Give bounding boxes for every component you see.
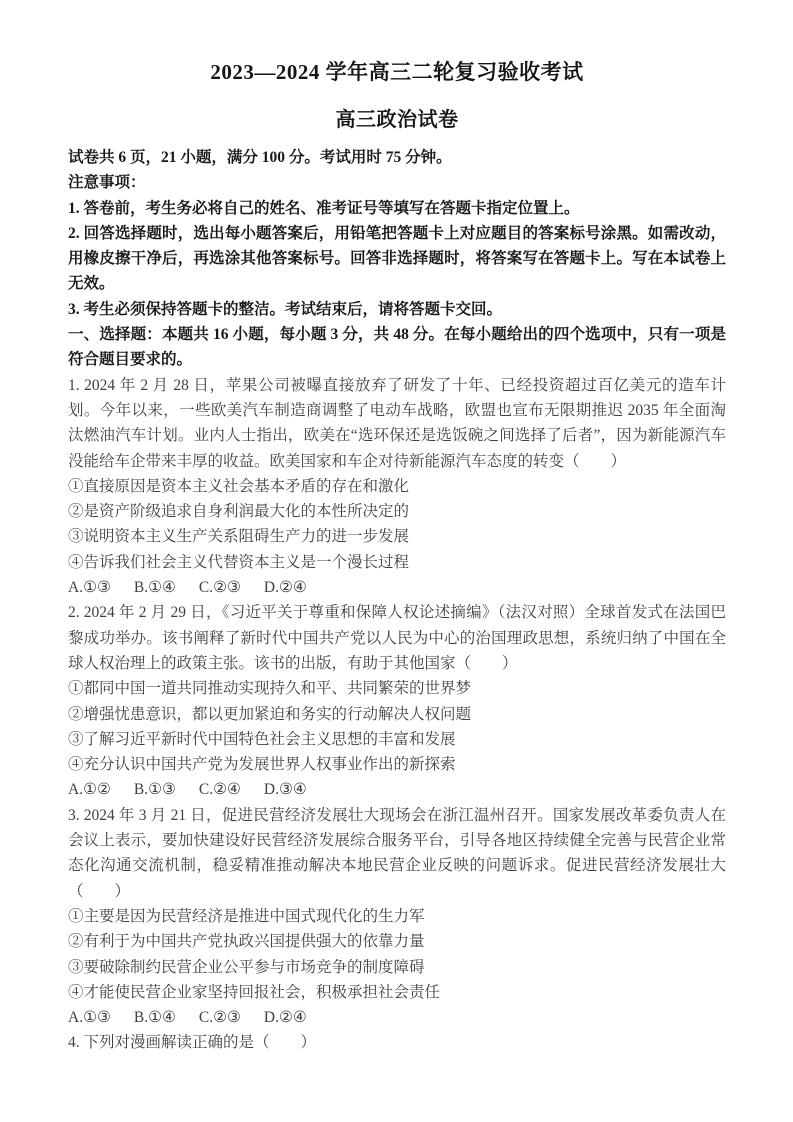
answer-choice-b: B.①③ xyxy=(134,777,176,802)
question-block-1: 1. 2024 年 2 月 28 日，苹果公司被曝直接放弃了研发了十年、已经投资… xyxy=(68,373,726,601)
answer-choice-a: A.①② xyxy=(68,777,111,802)
question-stem: 4. 下列对漫画解读正确的是（ ） xyxy=(68,1030,726,1055)
exam-title: 2023—2024 学年高三二轮复习验收考试 xyxy=(68,56,726,86)
notice-item-1: 1. 答卷前，考生务必将自己的姓名、准考证号等填写在答题卡指定位置上。 xyxy=(68,196,726,221)
notice-item-2: 2. 回答选择题时，选出每小题答案后，用铅笔把答题卡上对应题目的答案标号涂黑。如… xyxy=(68,221,726,297)
question-stem: 3. 2024 年 3 月 21 日，促进民营经济发展壮大现场会在浙江温州召开。… xyxy=(68,803,726,904)
notice-item-3: 3. 考生必须保持答题卡的整洁。考试结束后，请将答题卡交回。 xyxy=(68,297,726,322)
exam-subtitle: 高三政治试卷 xyxy=(68,103,726,132)
notices-heading: 注意事项： xyxy=(68,170,726,195)
answer-choice-a: A.①③ xyxy=(68,1005,111,1030)
answer-choice-a: A.①③ xyxy=(68,575,111,600)
option-statement: ③说明资本主义生产关系阻碍生产力的进一步发展 xyxy=(68,524,726,549)
option-statement: ③了解习近平新时代中国特色社会主义思想的丰富和发展 xyxy=(68,727,726,752)
question-block-2: 2. 2024 年 2 月 29 日，《习近平关于尊重和保障人权论述摘编》（法汉… xyxy=(68,600,726,802)
option-statement: ①直接原因是资本主义社会基本矛盾的存在和激化 xyxy=(68,474,726,499)
answer-choice-d: D.③④ xyxy=(264,777,307,802)
option-statement: ②有利于为中国共产党执政兴国提供强大的依靠力量 xyxy=(68,929,726,954)
answer-choices-row: A.①③ B.①④ C.②③ D.②④ xyxy=(68,1005,726,1030)
answer-choice-c: C.②④ xyxy=(199,777,241,802)
section-heading: 一、选择题：本题共 16 小题，每小题 3 分，共 48 分。在每小题给出的四个… xyxy=(68,322,726,373)
question-block-3: 3. 2024 年 3 月 21 日，促进民营经济发展壮大现场会在浙江温州召开。… xyxy=(68,803,726,1031)
answer-choice-d: D.②④ xyxy=(264,1005,307,1030)
option-statement: ③要破除制约民营企业公平参与市场竞争的制度障碍 xyxy=(68,955,726,980)
answer-choice-b: B.①④ xyxy=(134,1005,176,1030)
exam-meta-line: 试卷共 6 页，21 小题，满分 100 分。考试用时 75 分钟。 xyxy=(68,145,726,170)
option-statement: ④充分认识中国共产党为发展世界人权事业作出的新探索 xyxy=(68,752,726,777)
question-stem: 1. 2024 年 2 月 28 日，苹果公司被曝直接放弃了研发了十年、已经投资… xyxy=(68,373,726,474)
answer-choices-row: A.①③ B.①④ C.②③ D.②④ xyxy=(68,575,726,600)
question-stem: 2. 2024 年 2 月 29 日，《习近平关于尊重和保障人权论述摘编》（法汉… xyxy=(68,600,726,676)
answer-choice-c: C.②③ xyxy=(199,1005,241,1030)
answer-choice-c: C.②③ xyxy=(199,575,241,600)
answer-choice-d: D.②④ xyxy=(264,575,307,600)
option-statement: ④才能使民营企业家坚持回报社会，积极承担社会责任 xyxy=(68,980,726,1005)
answer-choice-b: B.①④ xyxy=(134,575,176,600)
option-statement: ④告诉我们社会主义代替资本主义是一个漫长过程 xyxy=(68,550,726,575)
option-statement: ②是资产阶级追求自身利润最大化的本性所决定的 xyxy=(68,499,726,524)
answer-choices-row: A.①② B.①③ C.②④ D.③④ xyxy=(68,777,726,802)
question-block-4: 4. 下列对漫画解读正确的是（ ） xyxy=(68,1030,726,1055)
exam-paper-page: 2023—2024 学年高三二轮复习验收考试 高三政治试卷 试卷共 6 页，21… xyxy=(0,0,793,1122)
option-statement: ②增强忧患意识，都以更加紧迫和务实的行动解决人权问题 xyxy=(68,702,726,727)
option-statement: ①都同中国一道共同推动实现持久和平、共同繁荣的世界梦 xyxy=(68,676,726,701)
option-statement: ①主要是因为民营经济是推进中国式现代化的生力军 xyxy=(68,904,726,929)
